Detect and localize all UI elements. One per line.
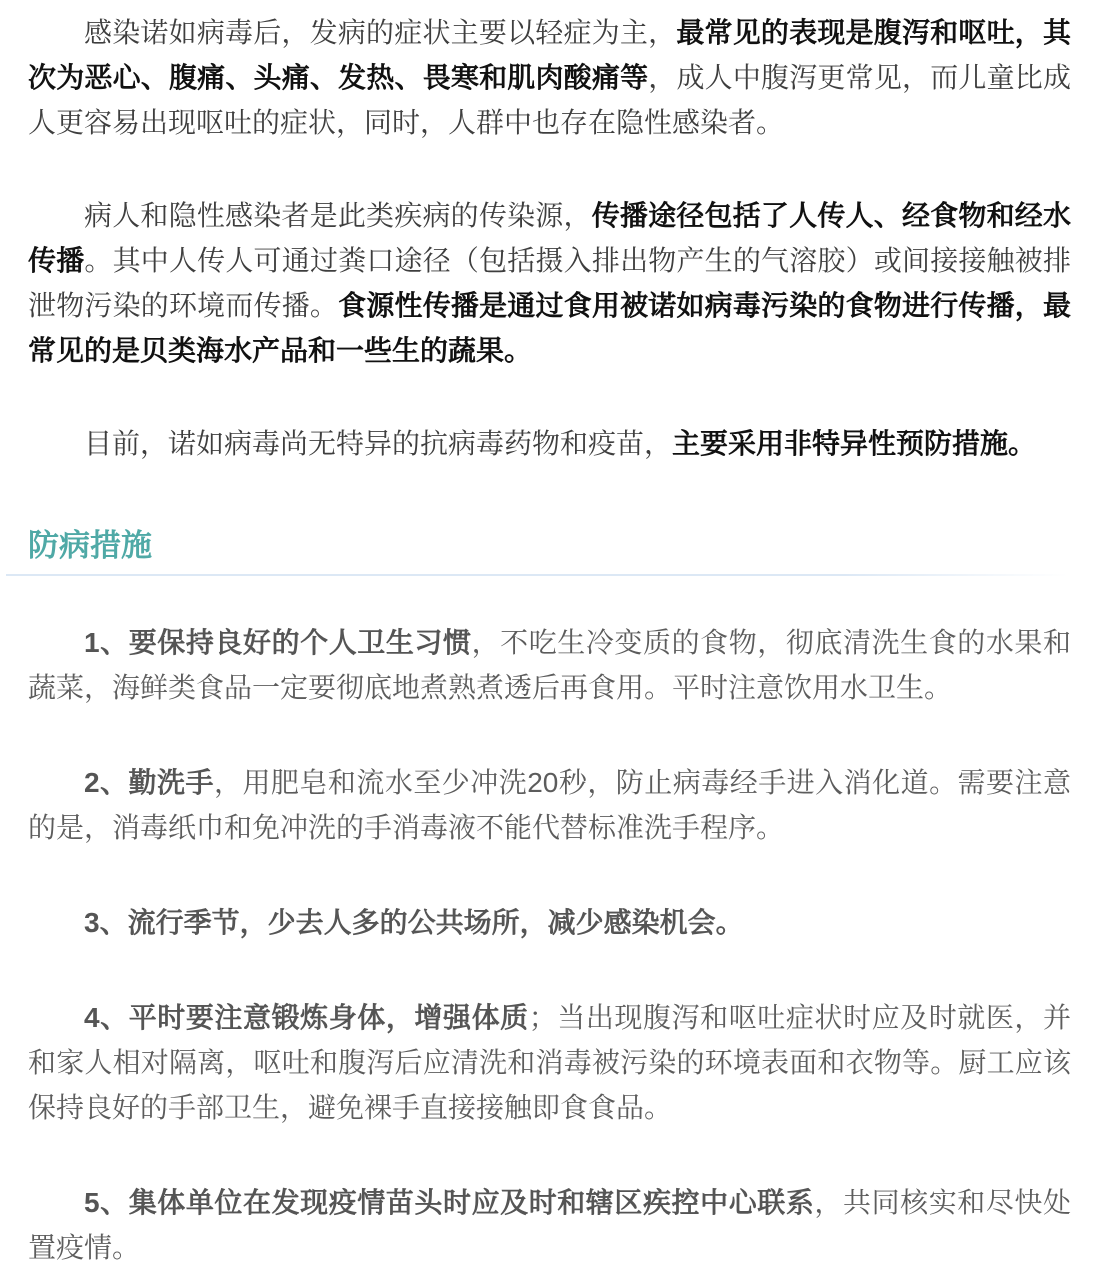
bold-text-segment: 3、流行季节，少去人多的公共场所，减少感染机会。 xyxy=(84,907,744,938)
text-segment: 目前，诺如病毒尚无特异的抗病毒药物和疫苗， xyxy=(84,428,672,459)
paragraph-no-vaccine: 目前，诺如病毒尚无特异的抗病毒药物和疫苗，主要采用非特异性预防措施。 xyxy=(28,421,1071,466)
paragraph-symptoms: 感染诺如病毒后，发病的症状主要以轻症为主，最常见的表现是腹泻和呕吐，其次为恶心、… xyxy=(28,10,1071,145)
bold-text-segment: 4、平时要注意锻炼身体，增强体质 xyxy=(84,1002,529,1033)
bold-text-segment: 2、勤洗手 xyxy=(84,767,214,798)
bold-text-segment: 1、要保持良好的个人卫生习惯 xyxy=(84,627,472,658)
bold-text-segment: 主要采用非特异性预防措施。 xyxy=(672,428,1036,459)
paragraph-transmission: 病人和隐性感染者是此类疾病的传染源，传播途径包括了人传人、经食物和经水传播。其中… xyxy=(28,193,1071,373)
measure-item-1: 1、要保持良好的个人卫生习惯，不吃生冷变质的食物，彻底清洗生食的水果和蔬菜，海鲜… xyxy=(28,620,1071,710)
section-header-prevention: 防病措施 xyxy=(28,528,1071,576)
article-page: 感染诺如病毒后，发病的症状主要以轻症为主，最常见的表现是腹泻和呕吐，其次为恶心、… xyxy=(0,0,1099,1270)
text-segment: 感染诺如病毒后，发病的症状主要以轻症为主， xyxy=(84,17,676,48)
measure-item-5: 5、集体单位在发现疫情苗头时应及时和辖区疾控中心联系，共同核实和尽快处置疫情。 xyxy=(28,1180,1071,1270)
measure-item-2: 2、勤洗手，用肥皂和流水至少冲洗20秒，防止病毒经手进入消化道。需要注意的是，消… xyxy=(28,760,1071,850)
bold-text-segment: 5、集体单位在发现疫情苗头时应及时和辖区疾控中心联系 xyxy=(84,1187,814,1218)
heading-underline xyxy=(6,574,1079,576)
text-segment: 病人和隐性感染者是此类疾病的传染源， xyxy=(84,200,592,231)
measure-item-3: 3、流行季节，少去人多的公共场所，减少感染机会。 xyxy=(28,900,1071,945)
section-heading-prevention: 防病措施 xyxy=(28,528,1071,574)
measure-item-4: 4、平时要注意锻炼身体，增强体质；当出现腹泻和呕吐症状时应及时就医，并和家人相对… xyxy=(28,995,1071,1130)
